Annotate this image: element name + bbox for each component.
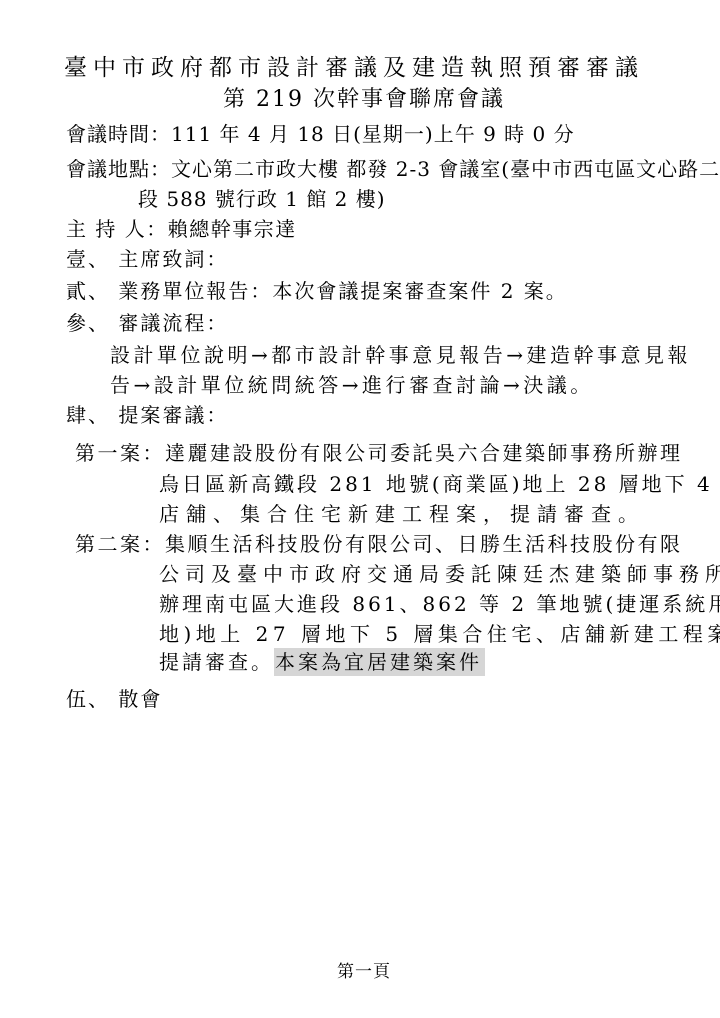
agenda-item-4-proposals: 肆、 提案審議：: [66, 402, 228, 428]
case-1-line-3: 店舖、集合住宅新建工程案，提請審查。: [159, 501, 645, 527]
case-1-line-1: 第一案：達麗建設股份有限公司委託吳六合建築師事務所辦理: [75, 440, 683, 466]
meeting-location-line-2: 段 588 號行政 1 館 2 樓): [138, 186, 386, 212]
livable-building-highlight: 本案為宜居建築案件: [274, 648, 485, 676]
document-page: 臺中市政府都市設計審議及建造執照預審審議 第 219 次幹事會聯席會議 會議時間…: [0, 0, 720, 1018]
chairperson: 主 持 人：賴總幹事宗達: [66, 216, 297, 242]
procedure-flow-line-2: 告→設計單位統問統答→進行審查討論→決議。: [110, 372, 594, 398]
case-2-line-4: 地)地上 27 層地下 5 層集合住宅、店舖新建工程案，: [159, 621, 720, 647]
agenda-item-1-opening-remarks: 壹、 主席致詞：: [66, 246, 228, 272]
procedure-flow-line-1: 設計單位說明→都市設計幹事意見報告→建造幹事意見報: [110, 342, 691, 368]
main-title-line-1: 臺中市政府都市設計審議及建造執照預審審議: [64, 53, 664, 83]
meeting-time: 會議時間：111 年 4 月 18 日(星期一)上午 9 時 0 分: [66, 121, 575, 147]
case-2-line-2: 公司及臺中市政府交通局委託陳廷杰建築師事務所: [159, 561, 720, 587]
main-title-line-2: 第 219 次幹事會聯席會議: [64, 86, 664, 114]
case-2-line-1: 第二案：集順生活科技股份有限公司、日勝生活科技股份有限: [75, 531, 683, 557]
case-2-line-5: 提請審查。本案為宜居建築案件: [159, 649, 485, 675]
agenda-item-2-unit-report: 貳、 業務單位報告：本次會議提案審查案件 2 案。: [66, 278, 568, 304]
agenda-item-5-adjournment: 伍、 散會: [66, 686, 162, 712]
case-2-line-5-plain-text: 提請審查。: [159, 650, 274, 674]
agenda-item-3-review-procedure: 參、 審議流程：: [66, 310, 228, 336]
page-number: 第一頁: [64, 959, 664, 985]
case-2-line-3: 辦理南屯區大進段 861、862 等 2 筆地號(捷運系統用: [159, 591, 720, 617]
meeting-location-line-1: 會議地點：文心第二市政大樓 都發 2-3 會議室(臺中市西屯區文心路二: [66, 156, 720, 182]
case-1-line-2: 烏日區新高鐵段 281 地號(商業區)地上 28 層地下 4 層: [159, 471, 720, 497]
